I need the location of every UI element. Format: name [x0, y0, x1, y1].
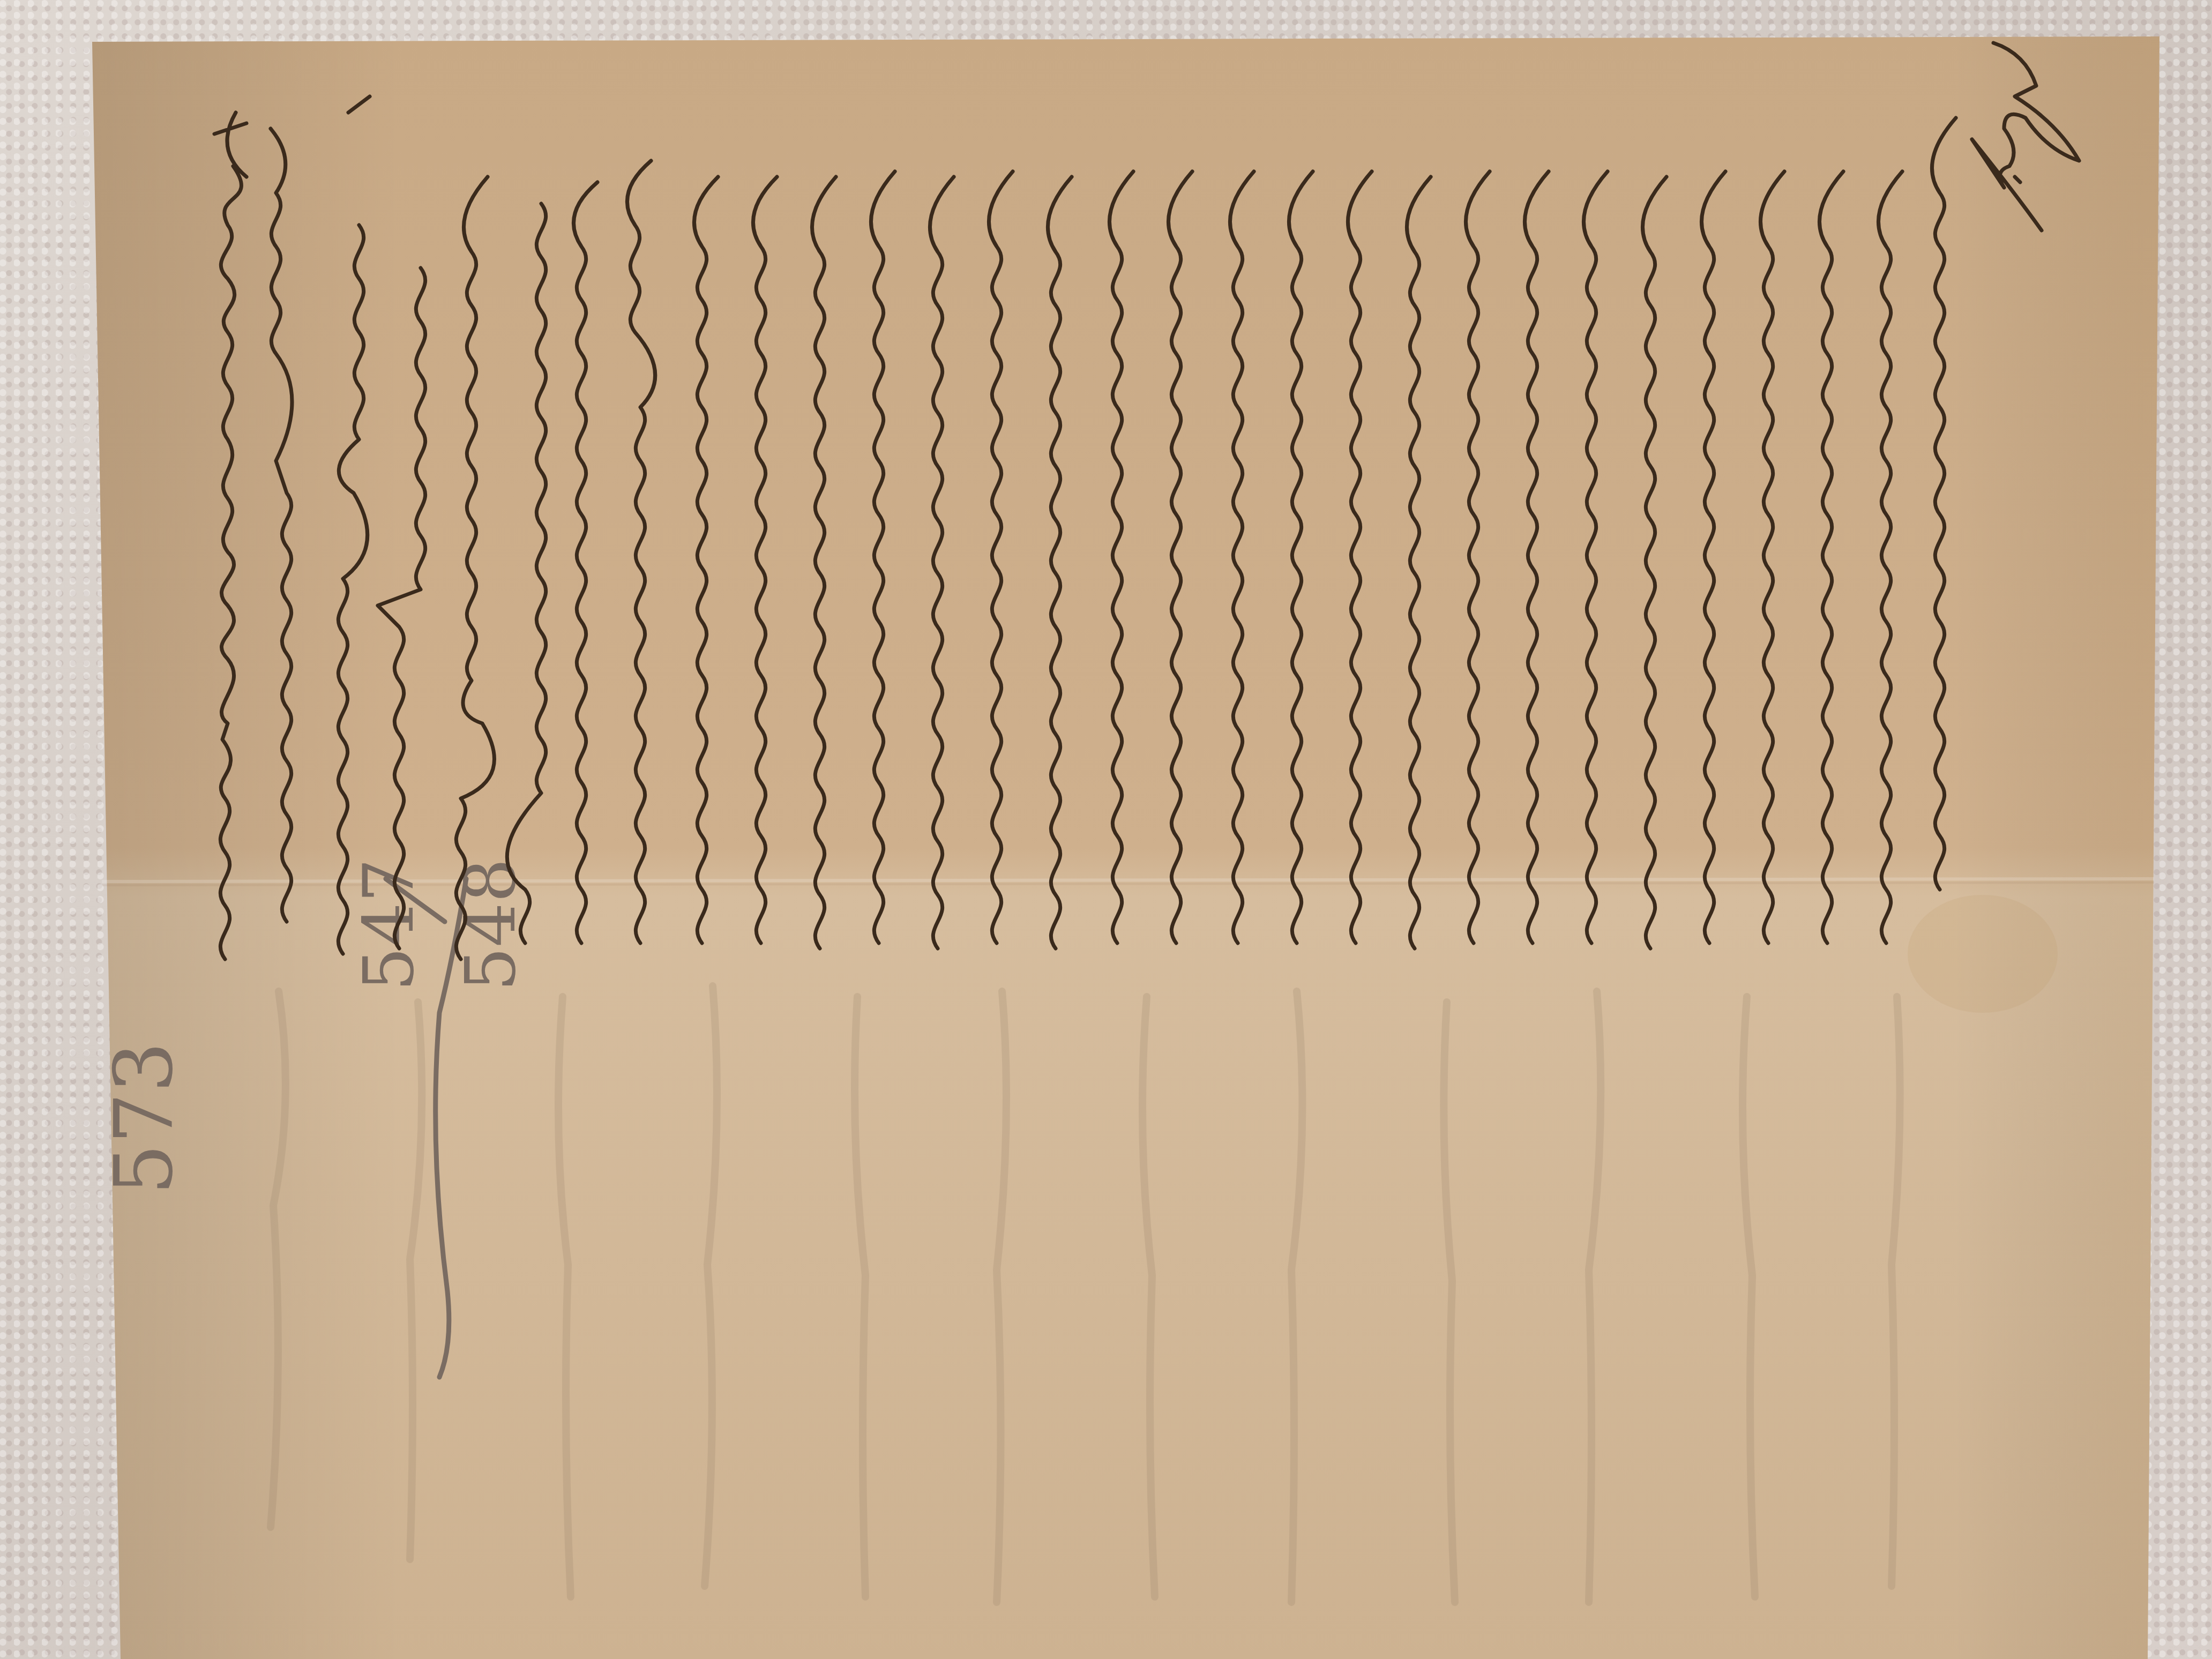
manuscript-page: 573 547 548 — [0, 0, 2212, 1659]
folio-number-573: 573 — [98, 1042, 191, 1195]
svg-text:573: 573 — [98, 1042, 191, 1195]
stain — [1908, 895, 2058, 1013]
